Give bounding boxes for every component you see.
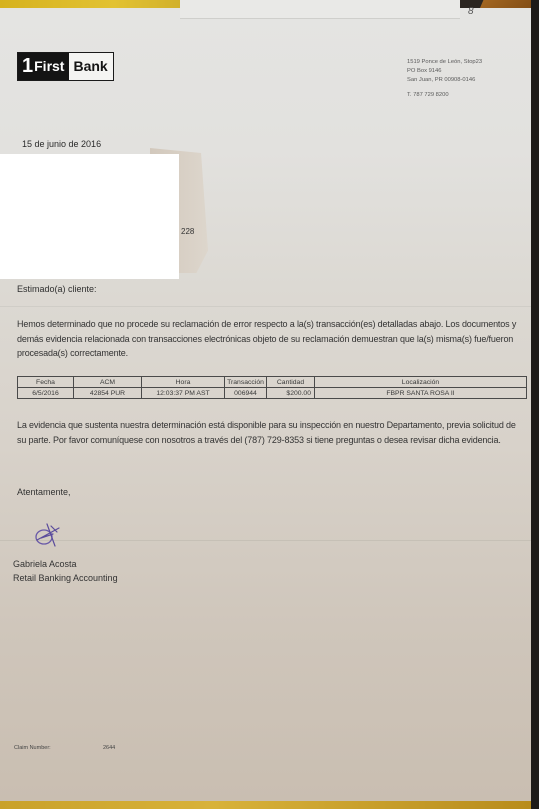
fold-line [0,540,531,541]
photo-edge [531,0,539,809]
firstbank-logo: 1 First Bank [17,52,114,81]
letter-paragraph-evidence: La evidencia que sustenta nuestra determ… [17,418,527,447]
table-surface-bottom [0,801,531,809]
claim-number-value: 2644 [103,745,115,751]
cell-cantidad: $200.00 [267,388,315,399]
letter-closing: Atentamente, [17,487,71,497]
transaction-table-header: Fecha ACM Hora Transacción Cantidad Loca… [18,377,527,388]
bank-address: 1519 Ponce de León, Stop23 PO Box 9146 S… [407,58,482,100]
letter-greeting: Estimado(a) cliente: [17,284,97,294]
address-line: San Juan, PR 00908-0146 [407,76,482,85]
signer-block: Gabriela Acosta Retail Banking Accountin… [13,557,118,585]
col-header-fecha: Fecha [18,377,74,388]
col-header-hora: Hora [142,377,225,388]
logo-first-text: First [34,53,64,80]
signature-icon [33,520,63,555]
underlying-sheet [180,0,460,19]
claim-number-label: Claim Number: [14,745,51,751]
letter-paragraph-determination: Hemos determinado que no procede su recl… [17,317,527,361]
address-line: 1519 Ponce de León, Stop23 [407,58,482,67]
bank-phone: T. 787 729 8200 [407,91,482,100]
signer-department: Retail Banking Accounting [13,571,118,585]
logo-bank-text: Bank [69,53,112,80]
cell-localizacion: FBPR SANTA ROSA II [315,388,527,399]
address-line: PO Box 9146 [407,67,482,76]
document-photo: 8 1 First Bank 1519 Ponce de León, Stop2… [0,0,539,809]
col-header-acm: ACM [74,377,142,388]
cell-acm: 42854 PUR [74,388,142,399]
cell-fecha: 6/5/2016 [18,388,74,399]
logo-numeral: 1 [22,53,33,80]
page-number: 8 [468,6,474,17]
col-header-localizacion: Localización [315,377,527,388]
cell-hora: 12:03:37 PM AST [142,388,225,399]
letter-page [0,8,531,801]
recipient-account-tail: 228 [181,227,194,236]
col-header-cantidad: Cantidad [267,377,315,388]
cell-transaccion: 006944 [225,388,267,399]
letter-date: 15 de junio de 2016 [22,139,101,149]
col-header-transaccion: Transacción [225,377,267,388]
table-row: 6/5/2016 42854 PUR 12:03:37 PM AST 00694… [18,388,527,399]
signer-name: Gabriela Acosta [13,557,118,571]
table-surface-top [0,0,190,8]
transaction-table: Fecha ACM Hora Transacción Cantidad Loca… [17,376,527,399]
fold-line [0,306,531,307]
logo-dark-block: 1 First [18,53,69,80]
redacted-recipient-block [0,154,179,279]
